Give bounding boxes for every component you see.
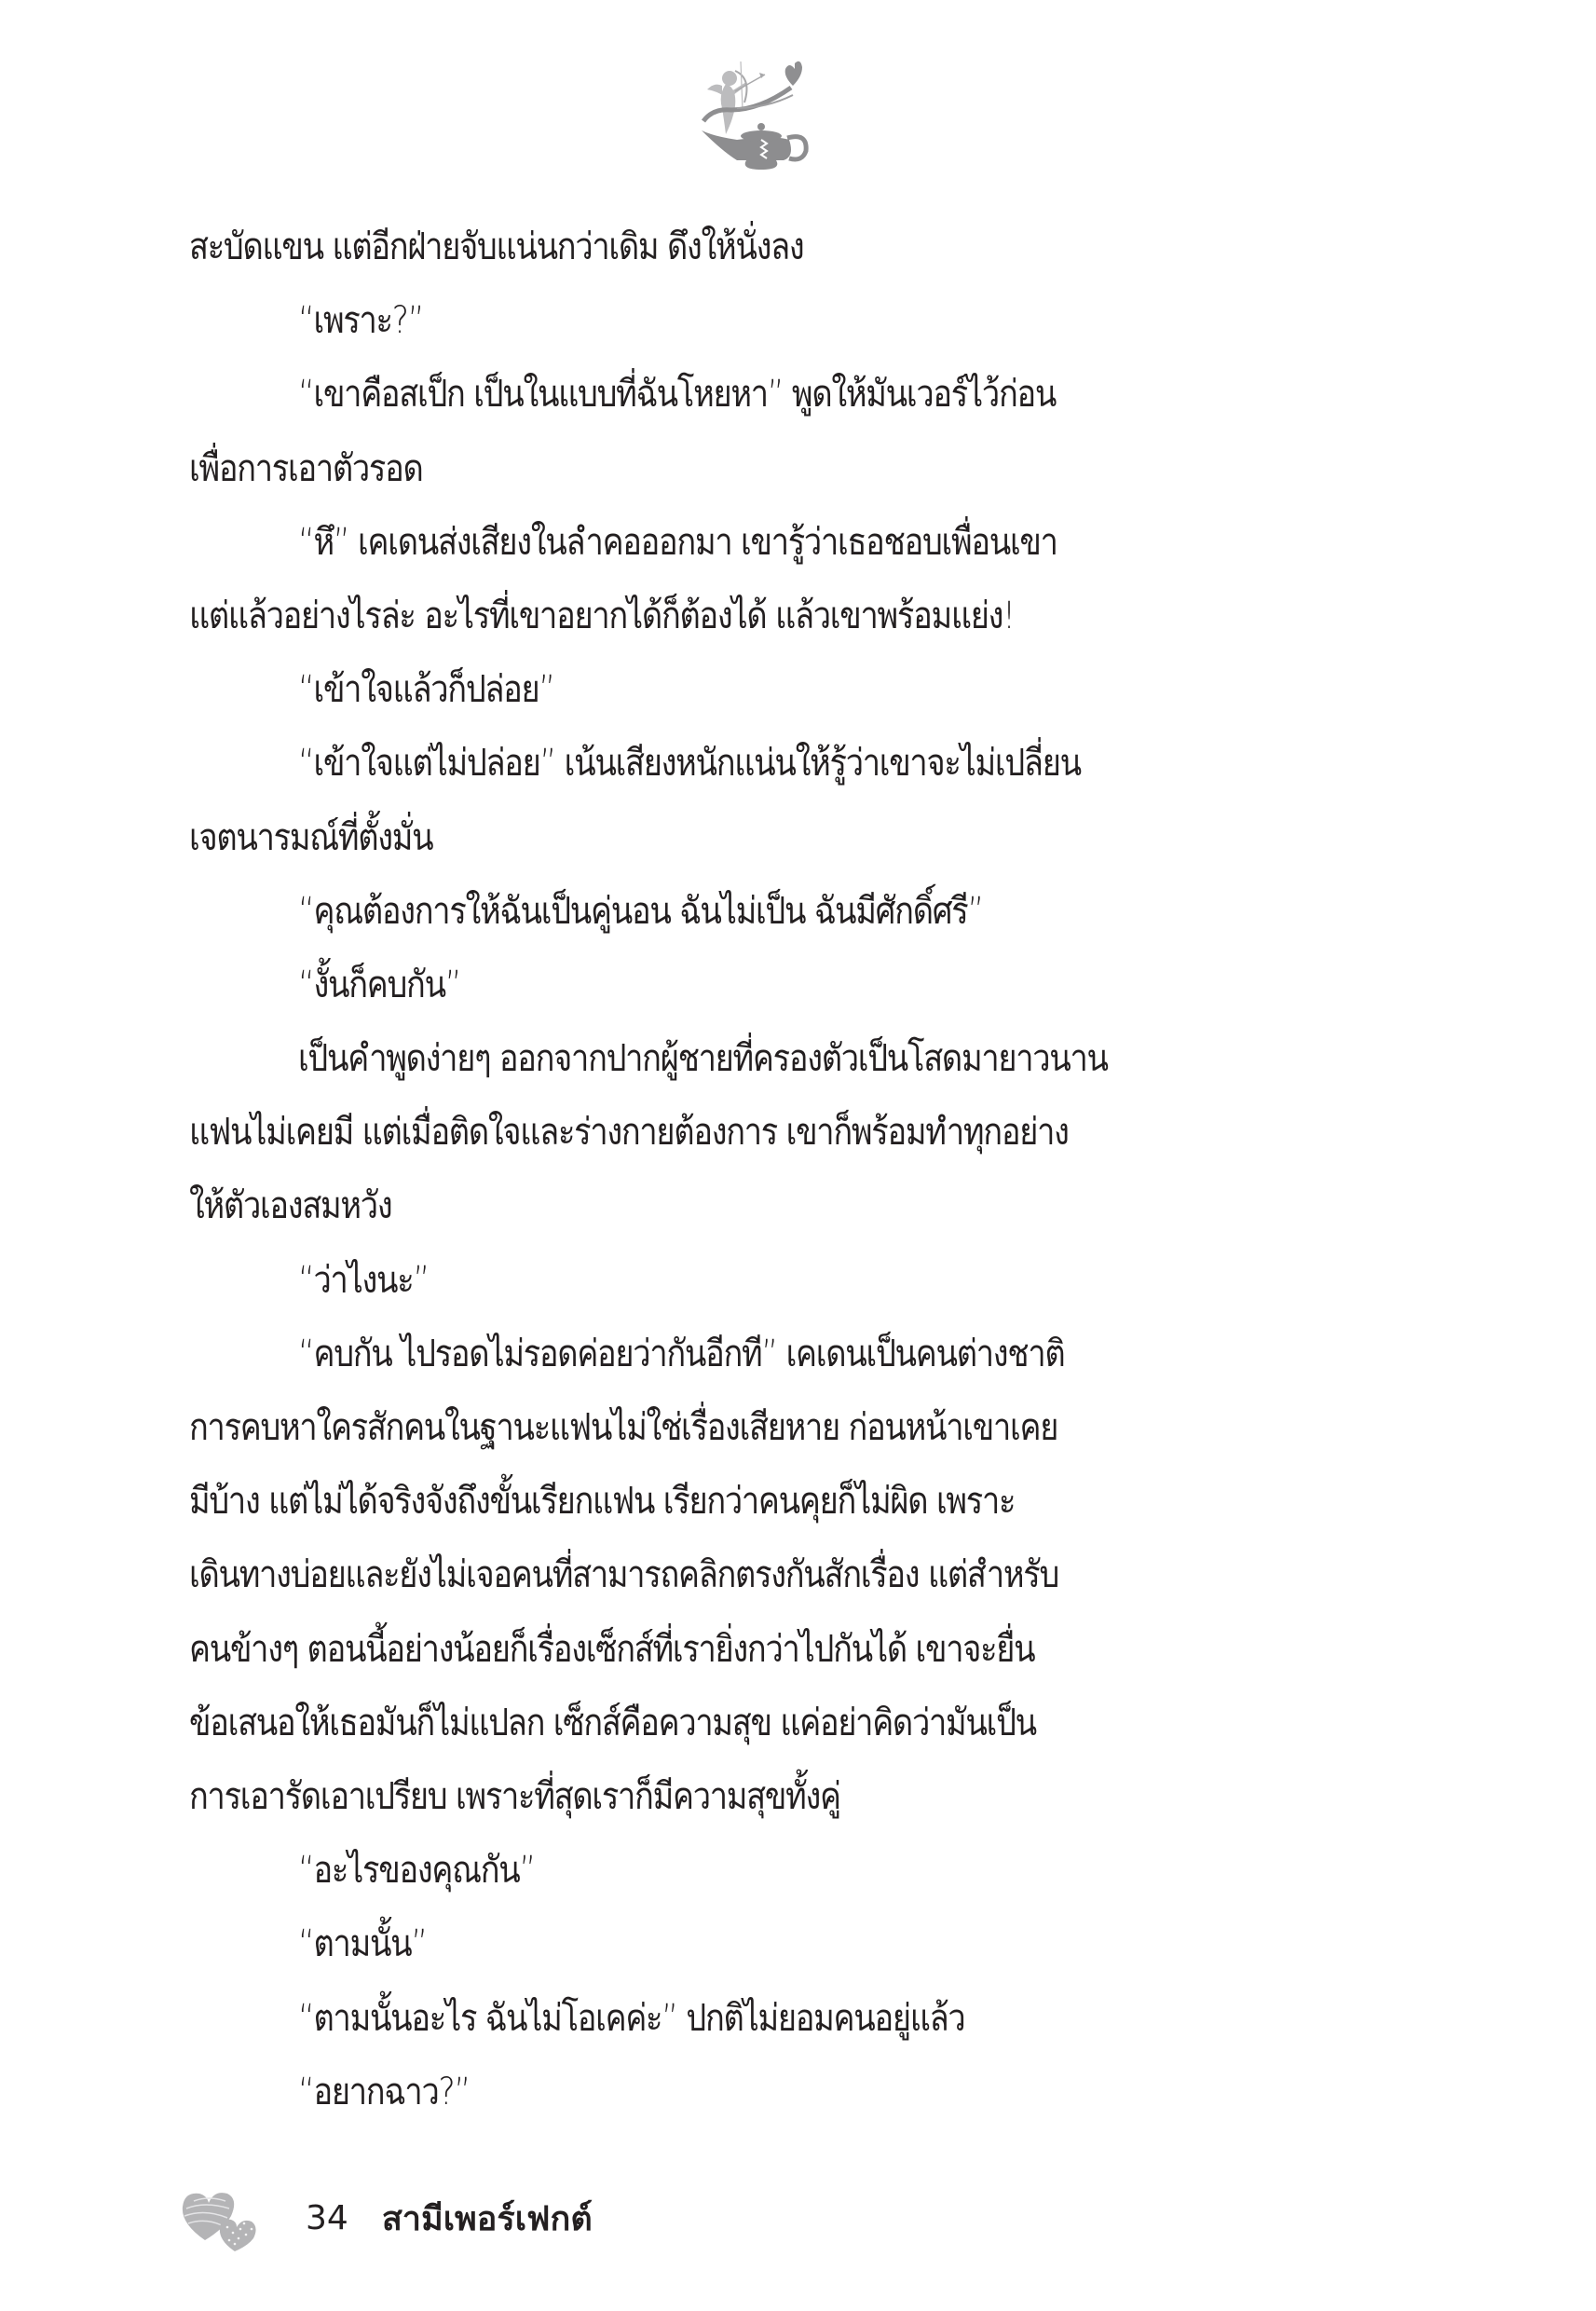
text-line-22: การเอารัดเอาเปรียบ เพราะที่สุดเราก็มีควา… [189,1760,1319,1834]
text-line-8: “เข้าใจแต่ไม่ปล่อย” เน้นเสียงหนักแน่นให้… [189,727,1319,800]
text-line-16: “คบกัน ไปรอดไม่รอดค่อยว่ากันอีกที” เคเดน… [189,1318,1319,1391]
text-line-19: เดินทางบ่อยและยังไม่เจอคนที่สามารถคลิกตร… [189,1538,1319,1612]
text-line-12: เป็นคำพูดง่ายๆ ออกจากปากผู้ชายที่ครองตัว… [189,1022,1319,1096]
book-page: สะบัดแขน แต่อีกฝ่ายจับแน่นกว่าเดิม ดึงให… [0,0,1596,2311]
text-line-26: “อยากฉาว?” [189,2056,1319,2129]
text-line-5: “หึ” เคเดนส่งเสียงในลำคอออกมา เขารู้ว่าเ… [189,506,1319,580]
text-line-9: เจตนารมณ์ที่ตั้งมั่น [189,801,1319,875]
book-title: สามีเพอร์เฟกต์ [382,2192,593,2245]
text-line-24: “ตามนั้น” [189,1908,1319,1981]
page-number: 34 [306,2199,348,2237]
text-line-17: การคบหาใครสักคนในฐานะแฟนไม่ใช่เรื่องเสีย… [189,1391,1319,1465]
two-hearts-icon [177,2181,270,2255]
text-line-3: “เขาคือสเป็ก เป็นในแบบที่ฉันโหยหา” พูดให… [189,358,1319,431]
text-line-13: แฟนไม่เคยมี แต่เมื่อติดใจและร่างกายต้องก… [189,1096,1319,1169]
text-line-14: ให้ตัวเองสมหวัง [189,1169,1319,1243]
page-footer: 34 สามีเพอร์เฟกต์ [177,2176,593,2260]
text-line-21: ข้อเสนอให้เธอมันก็ไม่แปลก เซ็กส์คือความส… [189,1687,1319,1760]
text-line-1: สะบัดแขน แต่อีกฝ่ายจับแน่นกว่าเดิม ดึงให… [189,211,1319,284]
text-line-4: เพื่อการเอาตัวรอด [189,432,1319,506]
text-line-10: “คุณต้องการให้ฉันเป็นคู่นอน ฉันไม่เป็น ฉ… [189,875,1319,949]
text-line-23: “อะไรของคุณกัน” [189,1834,1319,1908]
text-line-11: “งั้นก็คบกัน” [189,949,1319,1022]
text-line-7: “เข้าใจแล้วก็ปล่อย” [189,653,1319,727]
text-line-2: “เพราะ?” [189,284,1319,358]
chapter-body-text: สะบัดแขน แต่อีกฝ่ายจับแน่นกว่าเดิม ดึงให… [189,211,1319,2129]
text-line-20: คนข้างๆ ตอนนี้อย่างน้อยก็เรื่องเซ็กส์ที่… [189,1613,1319,1687]
text-line-15: “ว่าไงนะ” [189,1244,1319,1318]
text-line-6: แต่แล้วอย่างไรล่ะ อะไรที่เขาอยากได้ก็ต้อ… [189,580,1319,653]
text-line-25: “ตามนั้นอะไร ฉันไม่โอเคค่ะ” ปกติไม่ยอมคน… [189,1982,1319,2056]
cupid-magic-lamp-icon [694,54,815,173]
text-line-18: มีบ้าง แต่ไม่ได้จริงจังถึงขั้นเรียกแฟน เ… [189,1465,1319,1538]
